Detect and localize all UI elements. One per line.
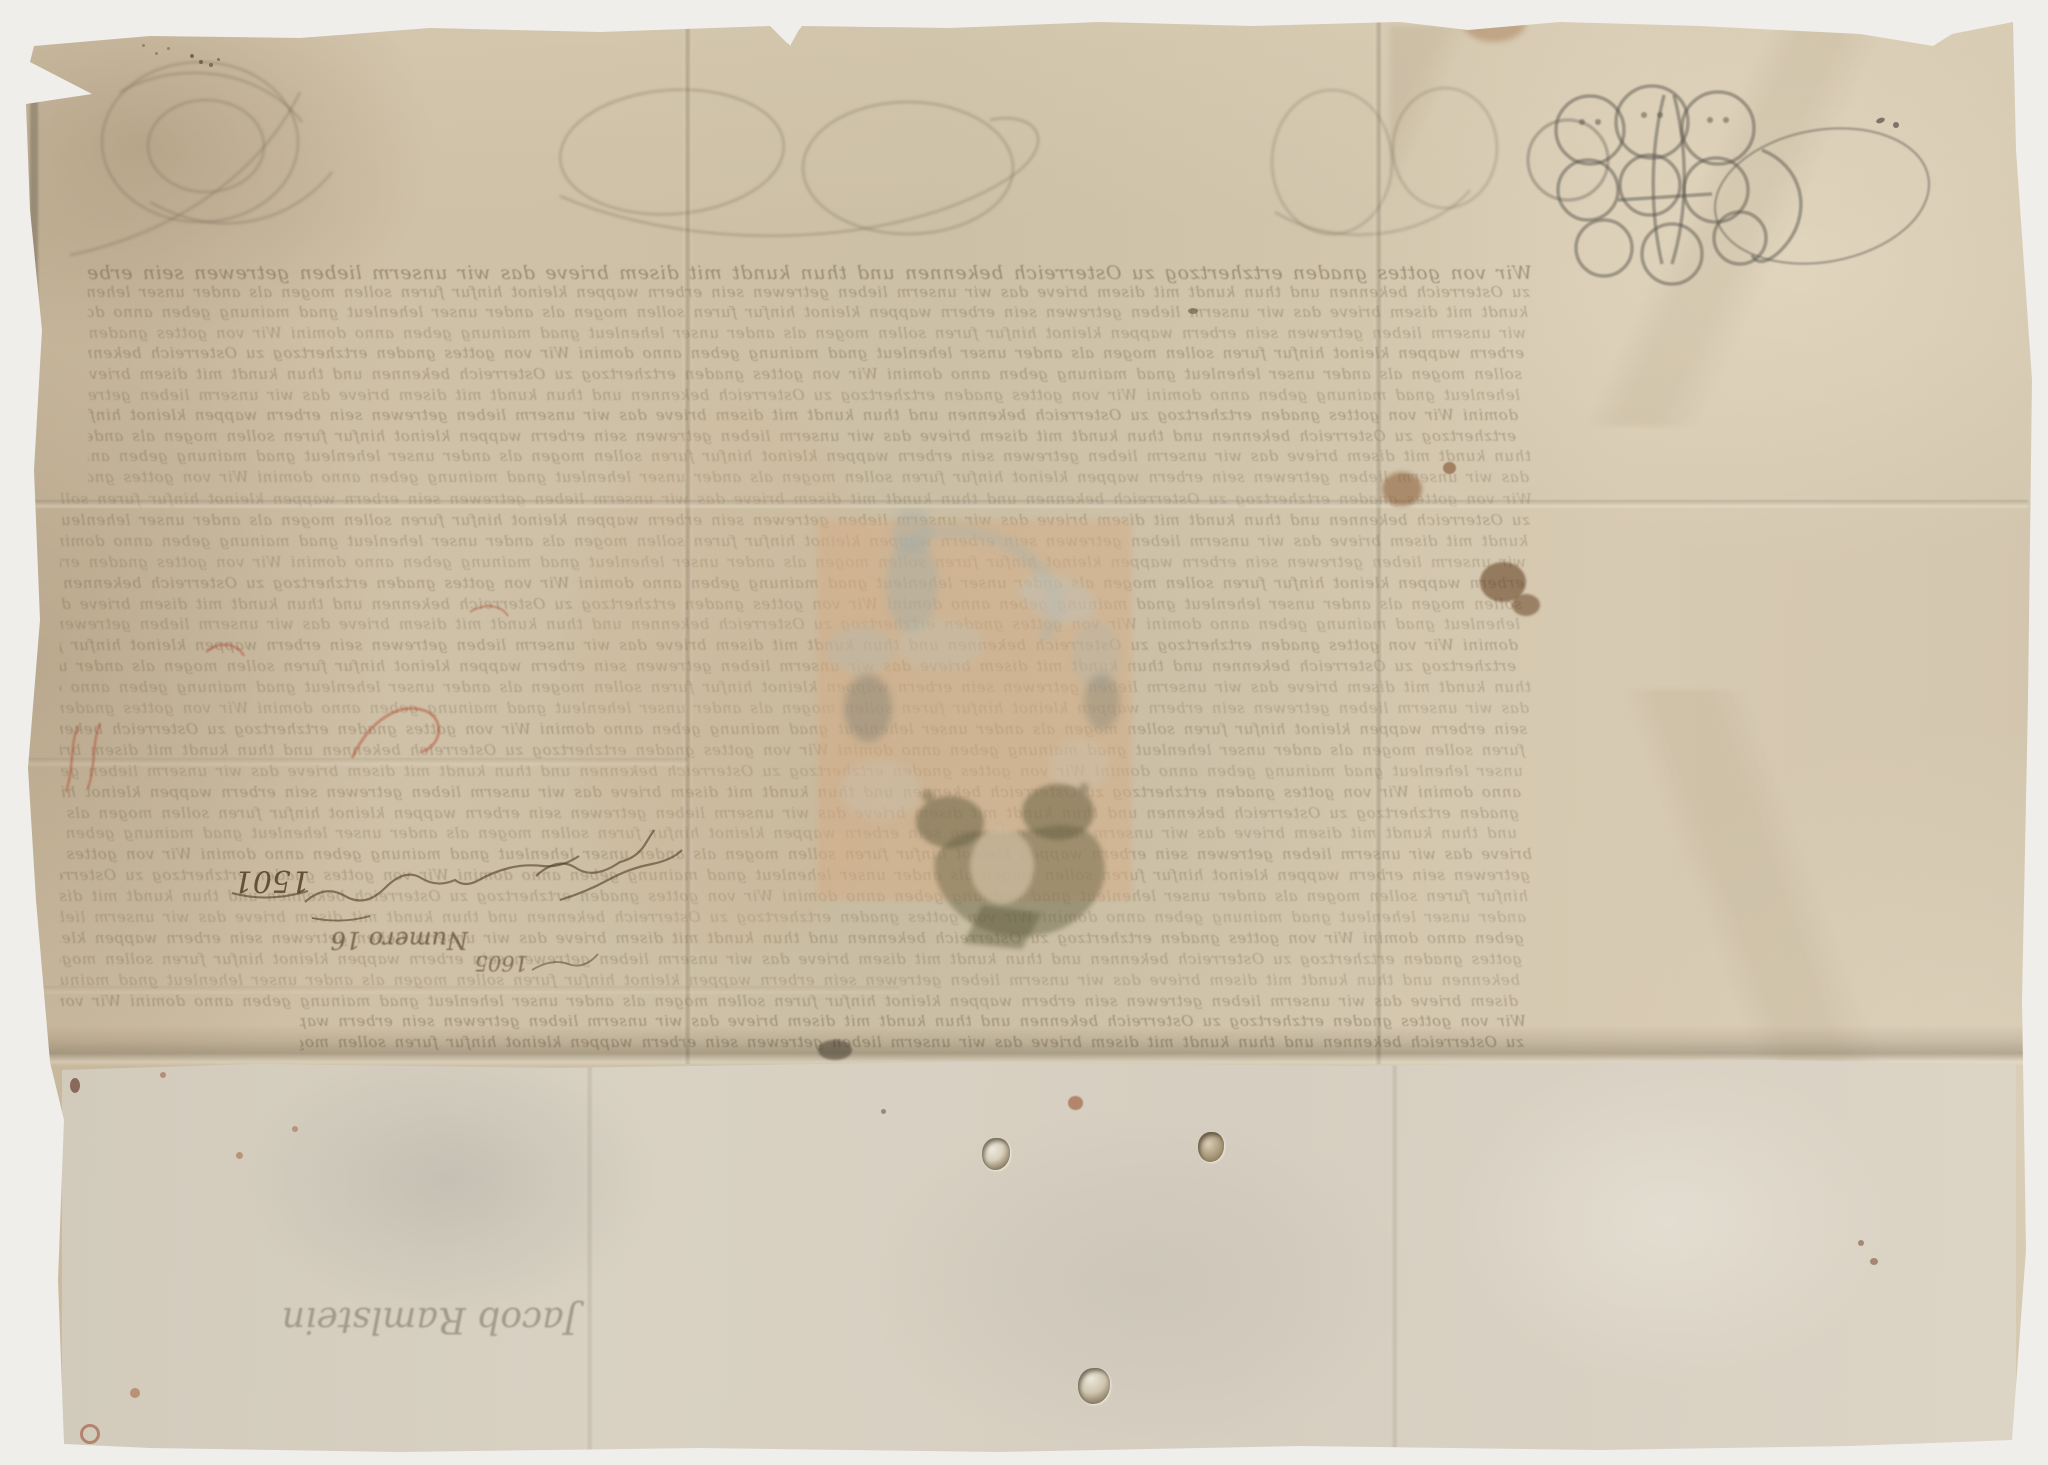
plica-crease-left <box>585 1058 594 1465</box>
stain-speck <box>209 63 213 67</box>
smudge-fold <box>818 1040 852 1060</box>
owner-signature: Jacob Ramlstein <box>248 1282 578 1340</box>
fold-crease-vertical-left <box>683 24 692 1064</box>
ghost-text-line: das wir unserm lieben getrewen sein erbe… <box>60 699 1532 717</box>
red-speck <box>70 1078 80 1093</box>
ghost-text-line: ander unser lehenleut gnad mainung geben… <box>60 908 1532 926</box>
ghost-loops-top-center <box>556 82 1038 235</box>
fold-crease-horizontal-lower <box>0 986 900 995</box>
stain-dot <box>1443 462 1456 474</box>
stain-speck <box>881 1109 886 1114</box>
calligraphic-initial-ghost <box>1528 86 1940 284</box>
rust-spot <box>130 1388 140 1398</box>
rust-spot <box>1858 1240 1864 1246</box>
ghost-text-line: thun kundt mit disem brieve das wir unse… <box>88 447 1532 465</box>
ghost-text-line: furen sollen mogen als ander unser lehen… <box>60 741 1532 759</box>
seal-cord-hole-right <box>1198 1132 1224 1162</box>
ghost-text-line: sollen mogen als ander unser lehenleut g… <box>88 365 1532 383</box>
ghost-text-line: das wir unserm lieben getrewen sein erbe… <box>88 468 1532 486</box>
rust-spot <box>236 1152 243 1159</box>
ghost-text-line: lehenleut gnad mainung geben anno domini… <box>60 615 1532 633</box>
ghost-text-line: thun kundt mit disem brieve das wir unse… <box>60 678 1532 696</box>
seal-cord-hole-left <box>982 1138 1010 1170</box>
rust-spot <box>1870 1258 1878 1265</box>
ghost-rings-top-middle <box>1272 88 1497 235</box>
ghost-text-line: kundt mit disem brieve das wir unserm li… <box>60 532 1532 550</box>
ghost-text-line: ertzhertzog zu Osterreich bekennen und t… <box>60 657 1532 675</box>
ghost-text-line: ertzhertzog zu Osterreich bekennen und t… <box>88 427 1532 445</box>
stain-speck <box>167 47 170 50</box>
initial-ghost-dots <box>1579 112 1729 125</box>
seal-cord-hole-bottom <box>1078 1368 1110 1404</box>
ghost-text-line: wir unserm lieben getrewen sein erbern w… <box>60 553 1532 571</box>
inscription-registry-year: 1605 <box>468 943 528 973</box>
stain-speck <box>155 52 158 55</box>
plica-crease-right <box>1390 1058 1399 1465</box>
ghost-text-line: und thun kundt mit disem brieve das wir … <box>60 824 1532 842</box>
inscription-numero-note: Numero 16 <box>298 918 468 952</box>
stain-speck <box>190 54 194 58</box>
fold-crease-vertical-right <box>1374 20 1383 1064</box>
plica-fold-flap: Jacob Ramlstein <box>58 1058 2020 1465</box>
ghost-text-line: domini Wir von gottes gnaden ertzhertzog… <box>60 636 1532 654</box>
fold-crease-horizontal-upper <box>28 500 2028 509</box>
ghost-ring-top-left <box>70 62 332 255</box>
ghost-text-line: zu Osterreich bekennen und thun kundt mi… <box>60 511 1532 529</box>
rust-spot <box>1068 1096 1083 1110</box>
ghost-text-line: Wir von gottes gnaden ertzhertzog zu Ost… <box>88 262 1532 284</box>
inscription-year-1501: 1501 <box>232 853 310 895</box>
red-ring-mark <box>80 1424 100 1444</box>
fold-crease-horizontal-left <box>28 758 688 767</box>
ghost-text-line: geben anno domini Wir von gottes gnaden … <box>60 929 1532 947</box>
wrinkle-shading-right <box>1480 690 2040 1070</box>
ink-mark <box>1893 122 1899 128</box>
rust-spot <box>292 1126 298 1132</box>
stain-top-edge <box>1462 2 1526 42</box>
ghost-text-line: erbern wappen kleinot hinfur furen solle… <box>60 574 1532 592</box>
ghost-text-line: gottes gnaden ertzhertzog zu Osterreich … <box>60 950 1532 968</box>
ghost-text-line: sein erbern wappen kleinot hinfur furen … <box>60 720 1532 738</box>
ghost-text-middle-block: Wir von gottes gnaden ertzhertzog zu Ost… <box>60 490 1532 1014</box>
scan-background: Wir von gottes gnaden ertzhertzog zu Ost… <box>0 0 2048 1465</box>
ink-mark <box>1875 117 1885 125</box>
ghost-text-line: erbern wappen kleinot hinfur furen solle… <box>88 344 1532 362</box>
left-edge-shadow <box>30 96 38 306</box>
stain-fold-crossing <box>1382 472 1422 506</box>
ghost-text-line: zu Osterreich bekennen und thun kundt mi… <box>88 283 1532 301</box>
ghost-text-line: wir unserm lieben getrewen sein erbern w… <box>88 324 1532 342</box>
stain-speck <box>142 44 145 47</box>
stain-speck <box>199 60 203 64</box>
ghost-text-line: domini Wir von gottes gnaden ertzhertzog… <box>88 406 1532 424</box>
ghost-text-line: kundt mit disem brieve das wir unserm li… <box>88 303 1532 321</box>
ghost-text-line: sollen mogen als ander unser lehenleut g… <box>60 595 1532 613</box>
ghost-text-top-block: Wir von gottes gnaden ertzhertzog zu Ost… <box>88 262 1532 490</box>
top-edge-nick <box>778 24 802 46</box>
crumpled-fold-band <box>30 1026 2025 1066</box>
ghost-text-line: anno domini Wir von gottes gnaden ertzhe… <box>60 783 1532 801</box>
parchment-sheet: Wir von gottes gnaden ertzhertzog zu Ost… <box>0 0 2048 1465</box>
stain-blotch-small <box>1512 594 1540 616</box>
stain-speck <box>217 58 220 61</box>
stain-speck <box>1188 308 1198 314</box>
rust-spot <box>160 1072 166 1078</box>
ghost-text-line: lehenleut gnad mainung geben anno domini… <box>88 386 1532 404</box>
ghost-text-line: gnaden ertzhertzog zu Osterreich bekenne… <box>60 804 1532 822</box>
